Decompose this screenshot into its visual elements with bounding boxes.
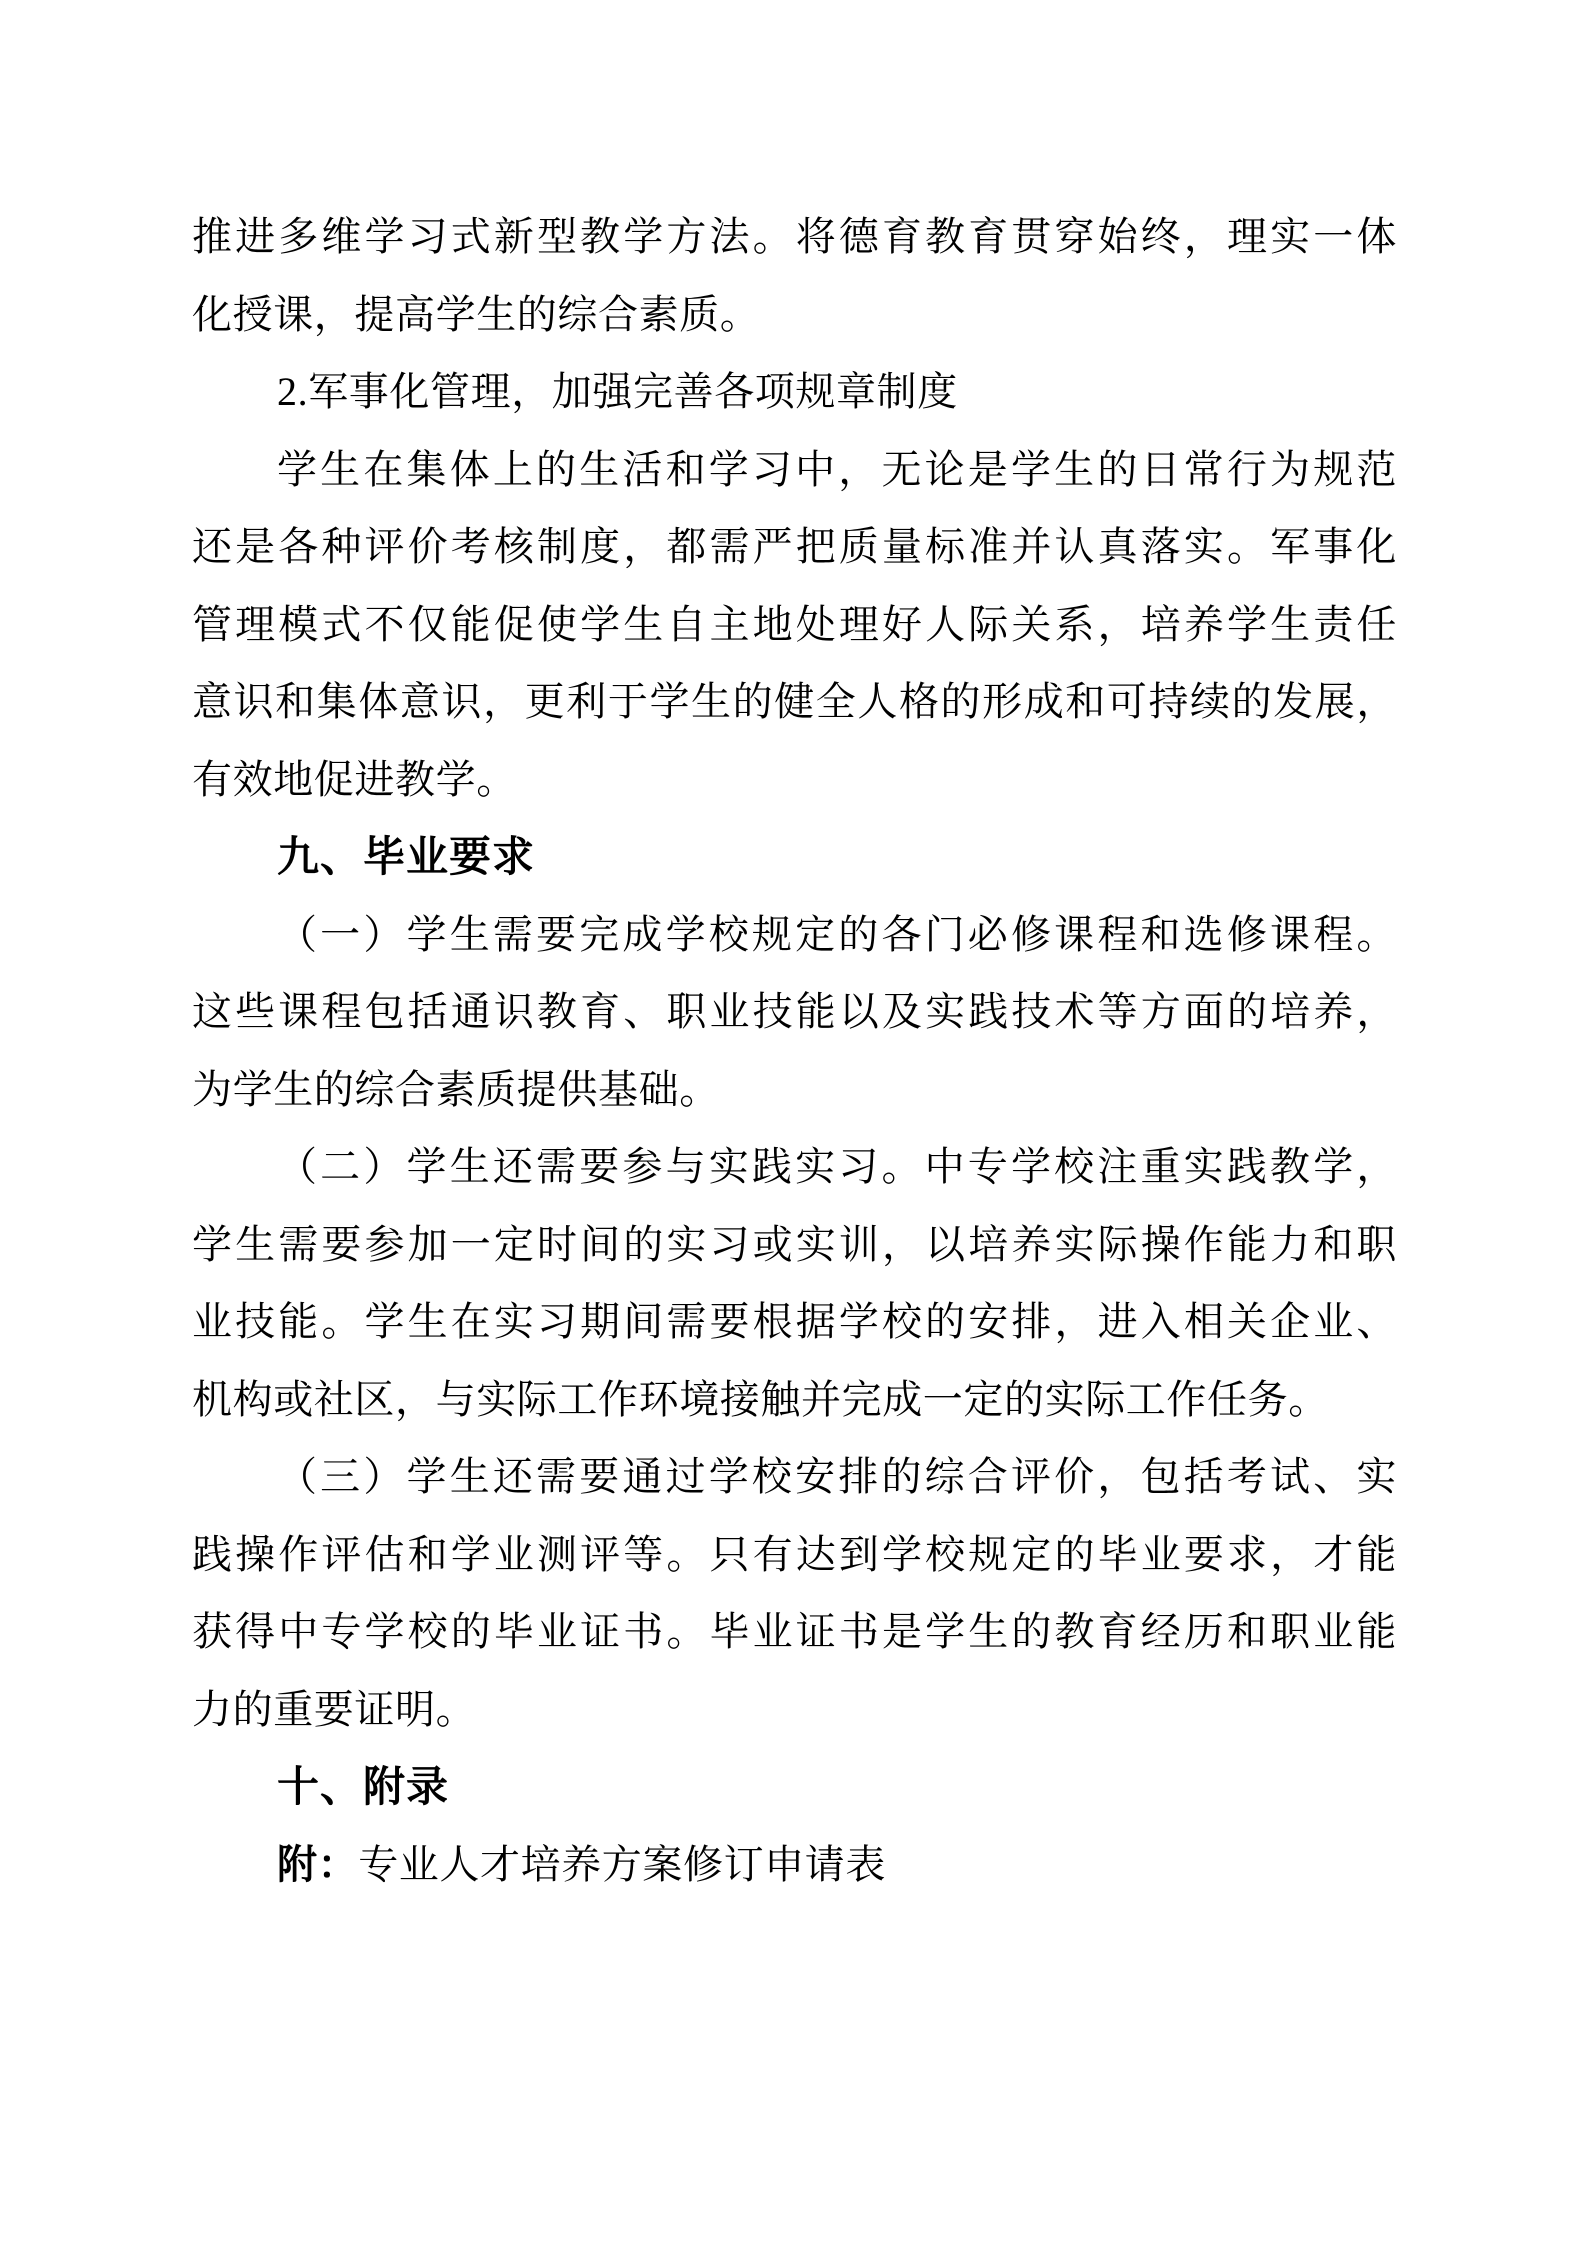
text-line: 推进多维学习式新型教学方法。将德育教育贯穿始终，理实一体: [192, 198, 1397, 276]
section-heading: 十、附录: [192, 1748, 1397, 1826]
text-line: 学生在集体上的生活和学习中，无论是学生的日常行为规范: [192, 431, 1397, 509]
text-line: 化授课，提高学生的综合素质。: [192, 276, 1397, 354]
text-line: 附：专业人才培养方案修订申请表: [192, 1826, 1397, 1905]
text-line: （一）学生需要完成学校规定的各门必修课程和选修课程。: [192, 896, 1397, 974]
attachment-title: 专业人才培养方案修订申请表: [358, 1842, 886, 1887]
text-line: 业技能。学生在实习期间需要根据学校的安排，进入相关企业、: [192, 1283, 1397, 1361]
text-line: 这些课程包括通识教育、职业技能以及实践技术等方面的培养，: [192, 973, 1397, 1051]
text-line: 学生需要参加一定时间的实习或实训，以培养实际操作能力和职: [192, 1206, 1397, 1284]
section-heading: 九、毕业要求: [192, 818, 1397, 896]
text-line: 获得中专学校的毕业证书。毕业证书是学生的教育经历和职业能: [192, 1593, 1397, 1671]
text-line: 机构或社区，与实际工作环境接触并完成一定的实际工作任务。: [192, 1361, 1397, 1439]
text-line: 管理模式不仅能促使学生自主地处理好人际关系，培养学生责任: [192, 586, 1397, 664]
text-line: 力的重要证明。: [192, 1671, 1397, 1749]
text-line: 意识和集体意识，更利于学生的健全人格的形成和可持续的发展，: [192, 663, 1397, 741]
text-line: 践操作评估和学业测评等。只有达到学校规定的毕业要求，才能: [192, 1516, 1397, 1594]
text-line: （二）学生还需要参与实践实习。中专学校注重实践教学，: [192, 1128, 1397, 1206]
document-page: 推进多维学习式新型教学方法。将德育教育贯穿始终，理实一体化授课，提高学生的综合素…: [0, 0, 1587, 2245]
text-line: 为学生的综合素质提供基础。: [192, 1051, 1397, 1129]
text-line: 2.军事化管理，加强完善各项规章制度: [192, 353, 1397, 431]
attachment-label: 附：: [277, 1843, 358, 1887]
text-line: （三）学生还需要通过学校安排的综合评价，包括考试、实: [192, 1438, 1397, 1516]
text-line: 有效地促进教学。: [192, 741, 1397, 819]
document-content: 推进多维学习式新型教学方法。将德育教育贯穿始终，理实一体化授课，提高学生的综合素…: [192, 198, 1397, 1904]
text-line: 还是各种评价考核制度，都需严把质量标准并认真落实。军事化: [192, 508, 1397, 586]
